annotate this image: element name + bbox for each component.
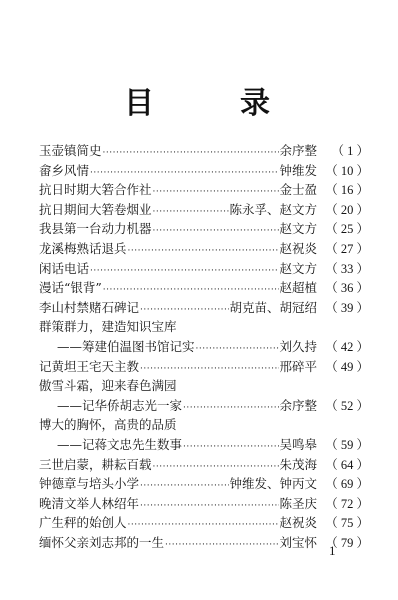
entry-page: （ 42 ） — [317, 338, 369, 358]
entry-page: （ 33 ） — [317, 260, 369, 280]
entry-author: 吴鸣皋 — [279, 435, 317, 455]
entry-author: 钟维发 — [279, 161, 317, 181]
toc-entry[interactable]: 龙溪梅熟话退兵赵祝炎（ 27 ） — [39, 239, 369, 259]
entry-author: 赵文方 — [279, 219, 317, 239]
entry-title: 漫话“银背” — [39, 278, 102, 298]
entry-author: 胡克苗、胡冠绍 — [229, 298, 317, 318]
toc-title-char-1: 目 — [124, 84, 154, 124]
entry-page: （ 39 ） — [317, 299, 369, 319]
toc-entry[interactable]: 记黄坦王宅天主教邢碎平（ 49 ） — [39, 357, 369, 377]
toc-entry[interactable]: 李山村禁赌石碑记胡克苗、胡冠绍（ 39 ） — [39, 298, 369, 318]
toc-entry[interactable]: 钟德章与培头小学钟维发、钟丙文（ 69 ） — [39, 474, 369, 494]
toc-entry[interactable]: 漫话“银背”赵超植（ 36 ） — [39, 278, 369, 298]
entry-author: 刘宝怀 — [279, 533, 317, 553]
entry-author: 陈永孚、赵文方 — [229, 200, 317, 220]
toc-entry[interactable]: 广生秤的始创人赵祝炎（ 75 ） — [39, 513, 369, 533]
entry-page: （ 49 ） — [317, 358, 369, 378]
entry-page: （ 27 ） — [317, 240, 369, 260]
entry-author: 朱茂海 — [279, 455, 317, 475]
leader-dots — [164, 536, 279, 556]
entry-title: 闲话电话 — [39, 259, 89, 279]
entry-title: 钟德章与培头小学 — [39, 474, 139, 494]
entry-author: 余序整 — [279, 396, 317, 416]
entry-author: 赵祝炎 — [279, 239, 317, 259]
entry-author: 钟维发、钟丙文 — [229, 474, 317, 494]
entry-author: 余序整 — [279, 141, 317, 161]
entry-author: 陈圣庆 — [279, 494, 317, 514]
page-number: 1 — [329, 543, 336, 559]
toc-entry[interactable]: 缅怀父亲刘志邦的一生刘宝怀（ 79 ） — [39, 533, 369, 553]
toc-entry[interactable]: 晚清文举人林绍年陈圣庆（ 72 ） — [39, 494, 369, 514]
entry-author: 刘久持 — [279, 337, 317, 357]
toc-entry-heading[interactable]: 博大的胸怀，高贵的品质 — [39, 415, 369, 435]
entry-author: 赵祝炎 — [279, 513, 317, 533]
entry-page: （ 16 ） — [317, 181, 369, 201]
entry-title: 傲雪斗霜，迎来春色满园 — [39, 376, 177, 396]
table-of-contents: 玉壶镇简史余序整（ 1 ） 畲乡风情钟维发（ 10 ） 抗日时期大箬合作社金士盈… — [39, 141, 369, 552]
entry-title: ——筹建伯温图书馆记实 — [39, 337, 195, 357]
entry-title: 博大的胸怀，高贵的品质 — [39, 415, 177, 435]
entry-title: ——记华侨胡志光一家 — [39, 396, 182, 416]
toc-entry[interactable]: 闲话电话赵文方（ 33 ） — [39, 259, 369, 279]
entry-title: 晚清文举人林绍年 — [39, 494, 139, 514]
entry-author: 金士盈 — [279, 180, 317, 200]
toc-entry-subtitle[interactable]: ——记华侨胡志光一家余序整（ 52 ） — [39, 396, 369, 416]
entry-title: 龙溪梅熟话退兵 — [39, 239, 127, 259]
toc-entry-subtitle[interactable]: ——记蒋文忠先生数事吴鸣皋（ 59 ） — [39, 435, 369, 455]
entry-title: 群策群力，建造知识宝库 — [39, 317, 177, 337]
entry-title: 缅怀父亲刘志邦的一生 — [39, 533, 164, 553]
toc-title-char-2: 录 — [240, 84, 270, 124]
toc-title: 目 录 — [0, 84, 398, 124]
entry-author: 邢碎平 — [279, 357, 317, 377]
toc-entry[interactable]: 抗日时期大箬合作社金士盈（ 16 ） — [39, 180, 369, 200]
toc-entry[interactable]: 三世启蒙，耕耘百载朱茂海（ 64 ） — [39, 455, 369, 475]
entry-page: （ 52 ） — [317, 397, 369, 417]
toc-entry[interactable]: 我县第一台动力机器赵文方（ 25 ） — [39, 219, 369, 239]
entry-author: 赵超植 — [279, 278, 317, 298]
toc-entry-subtitle[interactable]: ——筹建伯温图书馆记实刘久持（ 42 ） — [39, 337, 369, 357]
entry-title: 畲乡风情 — [39, 161, 89, 181]
entry-page: （ 20 ） — [317, 201, 369, 221]
entry-page: （ 64 ） — [317, 456, 369, 476]
entry-title: 玉壶镇简史 — [39, 141, 102, 161]
toc-entry-heading[interactable]: 傲雪斗霜，迎来春色满园 — [39, 376, 369, 396]
entry-page: （ 59 ） — [317, 436, 369, 456]
toc-entry-heading[interactable]: 群策群力，建造知识宝库 — [39, 317, 369, 337]
entry-page: （ 79 ） — [317, 534, 369, 554]
entry-title: ——记蒋文忠先生数事 — [39, 435, 182, 455]
entry-page: （ 10 ） — [317, 162, 369, 182]
toc-entry[interactable]: 畲乡风情钟维发（ 10 ） — [39, 161, 369, 181]
entry-page: （ 72 ） — [317, 495, 369, 515]
entry-page: （ 25 ） — [317, 220, 369, 240]
entry-title: 我县第一台动力机器 — [39, 219, 152, 239]
toc-entry[interactable]: 抗日期间大箬卷烟业陈永孚、赵文方（ 20 ） — [39, 200, 369, 220]
entry-title: 记黄坦王宅天主教 — [39, 357, 139, 377]
entry-page: （ 75 ） — [317, 514, 369, 534]
entry-title: 三世启蒙，耕耘百载 — [39, 455, 152, 475]
entry-author: 赵文方 — [279, 259, 317, 279]
entry-title: 李山村禁赌石碑记 — [39, 298, 139, 318]
entry-title: 广生秤的始创人 — [39, 513, 127, 533]
entry-title: 抗日时期大箬合作社 — [39, 180, 152, 200]
toc-entry[interactable]: 玉壶镇简史余序整（ 1 ） — [39, 141, 369, 161]
entry-page: （ 69 ） — [317, 475, 369, 495]
entry-page: （ 36 ） — [317, 279, 369, 299]
entry-page: （ 1 ） — [317, 142, 369, 162]
entry-title: 抗日期间大箬卷烟业 — [39, 200, 152, 220]
